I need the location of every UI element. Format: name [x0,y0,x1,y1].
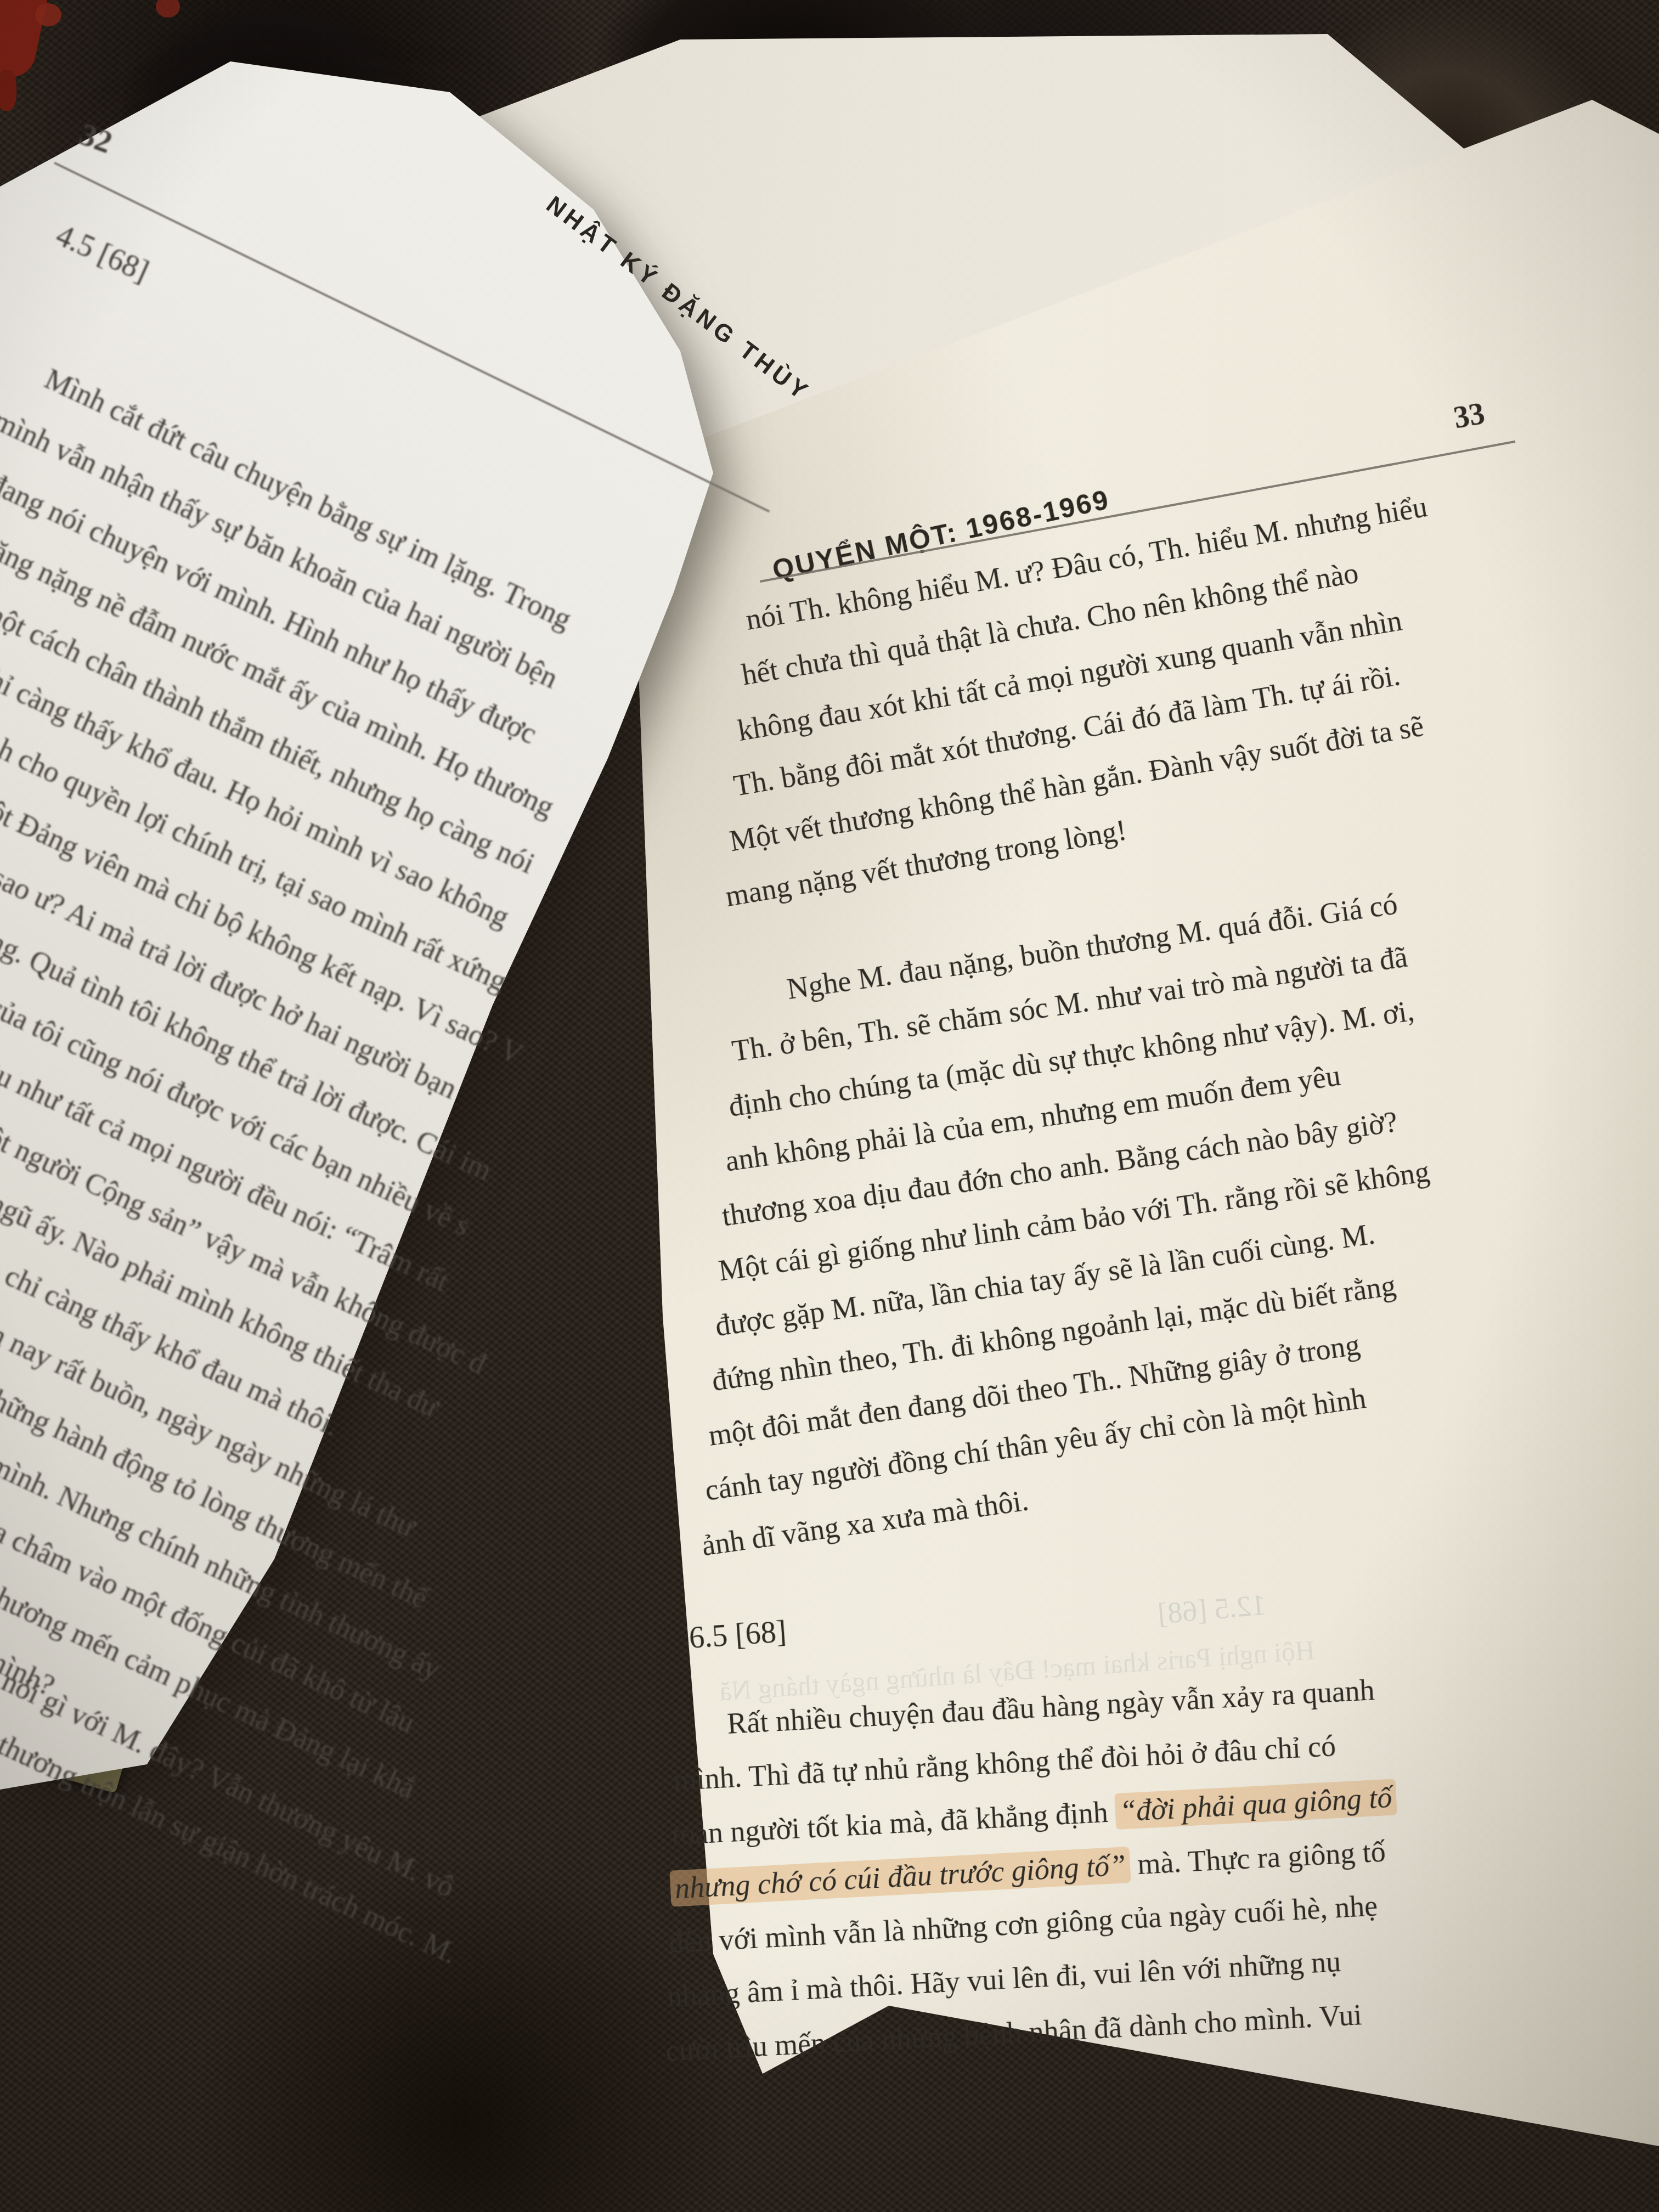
photo-scene: QUYỂN MỘT: 1968-1969 33 nói Th. không hi… [0,0,1659,2212]
section-heading-right: 6.5 [68] [688,1614,787,1656]
text-segment: mà. Thực ra giông tố [1129,1835,1386,1881]
paragraph-with-highlight: Rất nhiều chuyện đau đầu hàng ngày vẫn x… [674,1662,1409,2076]
page-number-right: 33 [1451,396,1487,436]
paragraph: Nghe M. đau nặng, buồn thương M. quá đỗi… [732,877,1479,1558]
highlighted-quote: “đời phải qua giông tố [1114,1779,1397,1830]
